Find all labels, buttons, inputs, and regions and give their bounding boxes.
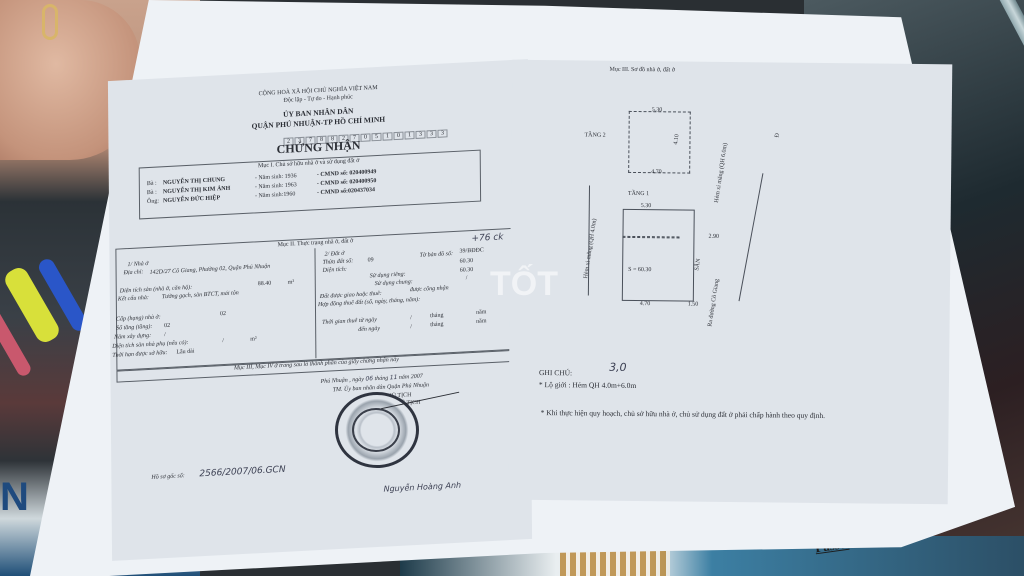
land-area-label: Diện tích: <box>323 267 347 274</box>
aux-area-value: / <box>222 338 224 344</box>
floor2-label: TẦNG 2 <box>584 132 605 138</box>
dim-530-floor1: 5.30 <box>641 203 652 209</box>
land-area-value: 60.30 <box>460 258 474 265</box>
day-label: ngày <box>352 377 364 384</box>
floor-area-unit: m² <box>288 279 295 285</box>
year-label: năm <box>399 374 409 381</box>
street-label: Ra đường Cô Giang <box>707 279 720 328</box>
ownership-term-value: Lâu dài <box>176 349 194 356</box>
dim-470-floor2: 4.70 <box>651 169 662 175</box>
file-no-label: Hồ sơ gốc số: <box>151 473 184 481</box>
glass-rail <box>991 0 1024 301</box>
house-heading: 1/ Nhà ở <box>128 261 149 268</box>
seal-emblem <box>352 408 400 452</box>
boundary-note: * Lộ giới : Hẻm QH 4.0m+6.0m <box>539 380 636 390</box>
certificate-page: CỘNG HOÀ XÃ HỘI CHỦ NGHĨA VIỆT NAM Độc l… <box>108 59 532 561</box>
floor-area-value: 88.40 <box>258 281 272 288</box>
year-built-value: / <box>164 332 166 338</box>
dim-530-top: 5.30 <box>652 107 663 113</box>
lease-to-day: / <box>410 324 412 330</box>
aux-area-unit: m² <box>250 336 257 342</box>
alley-right-line <box>739 173 764 301</box>
owner-prefix: Bà : <box>147 181 157 188</box>
parcel-value: 09 <box>368 257 374 263</box>
dim-150: 1.50 <box>688 302 699 308</box>
grade-value: 02 <box>220 311 226 317</box>
lease-from-day: / <box>410 315 412 321</box>
owner-prefix: Bà : <box>147 190 157 197</box>
lease-to-label: đến ngày <box>358 326 380 333</box>
floor2-plan <box>628 111 691 174</box>
ring <box>42 4 58 40</box>
month-label: tháng <box>375 375 389 382</box>
diagram-page: Mục III. Sơ đồ nhà ở, đất ở TẦNG 2 5.30 … <box>508 60 953 505</box>
handwritten-note: +76 ck <box>471 232 503 244</box>
month-value: 11 <box>390 374 398 381</box>
alley-left-label: Hẻm xi măng (QH 4.0m) <box>583 218 598 279</box>
shared-use-value: / <box>466 275 468 281</box>
notes-handwritten: 3,0 <box>609 361 627 374</box>
address-label: Địa chỉ: <box>124 269 144 276</box>
lease-from-month-label: tháng <box>430 313 443 320</box>
file-no-value: 2566/2007/06.GCN <box>199 465 285 480</box>
floor1-plan <box>622 209 695 302</box>
day-value: 06 <box>365 375 373 382</box>
background-sign-text: N <box>0 475 29 520</box>
yard-label: SÂN <box>694 258 702 271</box>
land-heading: 2/ Đất ở <box>324 251 344 258</box>
signatory-name: Nguyễn Hoàng Anh <box>384 481 462 494</box>
watermark: TỐT <box>490 265 558 304</box>
lease-to-month-label: tháng <box>430 322 443 329</box>
floors-value: 02 <box>164 323 170 329</box>
map-sheet-value: 39/BĐĐC <box>460 247 484 254</box>
north-arrow: Đ <box>774 133 781 138</box>
area-label: S = 60.30 <box>628 267 651 273</box>
notes-heading: GHI CHÚ: <box>539 368 572 377</box>
lease-to-year-label: năm <box>476 318 486 325</box>
lease-from-year-label: năm <box>476 309 486 316</box>
floor1-label: TẦNG 1 <box>628 191 649 197</box>
owner-prefix: Ông: <box>147 198 159 205</box>
private-use-value: 60.30 <box>460 267 474 274</box>
compliance-note: * Khi thực hiện quy hoạch, chủ sở hữu nh… <box>541 406 841 422</box>
place: Phú Nhuận , <box>321 377 351 385</box>
diagram-title: Mục III. Sơ đồ nhà ở, đất ở <box>592 67 692 74</box>
dim-290: 2.90 <box>708 234 719 240</box>
dim-470-floor1: 4.70 <box>640 301 651 307</box>
alley-right-label: Hẻm xi măng (QH 6.0m) <box>714 143 729 204</box>
year-value: 2007 <box>411 374 423 381</box>
